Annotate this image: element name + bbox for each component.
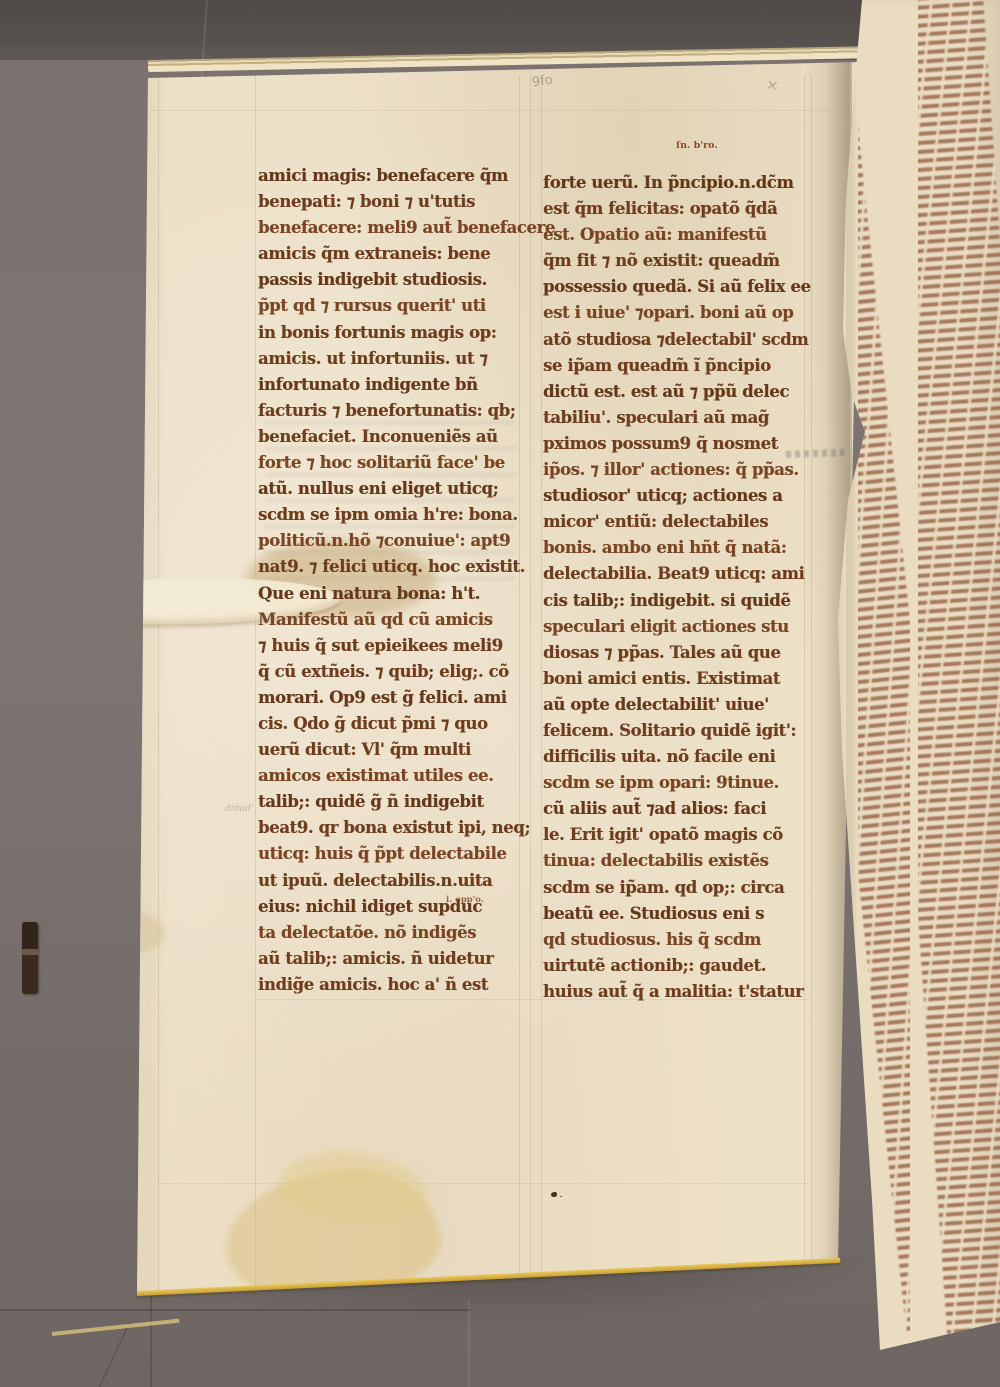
backdrop-crease-bottom-mid [468, 1300, 470, 1387]
manuscript-line: q̃ cũ extñeis. ⁊ quib; elig;. cõ [258, 659, 530, 685]
manuscript-line: est q̃m felicitas: opatõ q̃dã [543, 196, 815, 222]
manuscript-line: cis talib;: indigebit. si quidẽ [543, 588, 815, 614]
manuscript-line: cũ aliis aut̃ ⁊ad alios: faci [543, 796, 815, 822]
manuscript-line: benefacere: meli9 aut̃ benefacere [258, 215, 530, 241]
ruling-line-horizontal [158, 1183, 808, 1184]
manuscript-line: atõ studiosa ⁊delectabil' scdm [543, 327, 815, 353]
manuscript-line: pximos possum9 q̃ nosmet [543, 431, 815, 457]
manuscript-line: dictũ est. est aũ ⁊ pp̃ũ delec [543, 379, 815, 405]
manuscript-line: nat9. ⁊ felici uticq. hoc existit. [258, 554, 530, 580]
manuscript-line: est i uiue' ⁊opari. boni aũ op [543, 300, 815, 326]
manuscript-line: amici magis: benefacere q̃m [258, 163, 530, 189]
manuscript-line: aũ opte delectabilit' uiue' [543, 692, 815, 718]
binding-clasp [22, 922, 38, 994]
ruling-line-vertical [530, 75, 531, 1295]
ruling-line-vertical [158, 75, 159, 1295]
manuscript-line: uticq: huis q̃ p̃pt delectabile [258, 841, 530, 867]
manuscript-line: scdm se ipm opari: 9tinue. [543, 770, 815, 796]
manuscript-line: difficilis uita. nõ facile eni [543, 744, 815, 770]
manuscript-line: Manifestũ aũ qd cũ amicis [258, 607, 530, 633]
manuscript-line: ta delectatõe. nõ indigẽs [258, 920, 530, 946]
backdrop-seam-bottom [0, 1309, 470, 1311]
manuscript-line: felicem. Solitario quidẽ igit': [543, 718, 815, 744]
manuscript-line: le. Erit igit' opatõ magis cõ [543, 822, 815, 848]
ruling-line-vertical [541, 75, 542, 1295]
text-column-left: amici magis: benefacere q̃mbenepati: ⁊ b… [258, 163, 530, 998]
manuscript-line: atũ. nullus eni eliget uticq; [258, 476, 530, 502]
manuscript-line: in bonis fortunis magis op: [258, 320, 530, 346]
manuscript-line: tabiliu'. speculari aũ mag̃ [543, 405, 815, 431]
gloss-above-column: ſn. b'ro. [676, 140, 718, 151]
manuscript-line: beatũ ee. Studiosus eni s [543, 901, 815, 927]
manuscript-line: ⁊ huis q̃ sut epieikees meli9 [258, 633, 530, 659]
manuscript-line: uerũ dicut: Vl' q̃m multi [258, 737, 530, 763]
manuscript-line: talib;: quidẽ g̃ ñ indigebit [258, 789, 530, 815]
manuscript-line: amicis q̃m extraneis: bene [258, 241, 530, 267]
manuscript-line: forte uerũ. In p̃ncipio.n.dc̃m [543, 170, 815, 196]
manuscript-line: beat9. qr bona existut ipi, neq; [258, 815, 530, 841]
manuscript-line: forte ⁊ hoc solitariũ face' be [258, 450, 530, 476]
blurred-text-lines [918, 0, 1000, 1345]
manuscript-line: speculari eligit actiones stu [543, 614, 815, 640]
ruling-line-horizontal [150, 110, 830, 111]
manuscript-line: possessio quedã. Si aũ felix ee [543, 274, 815, 300]
manuscript-line: scdm se ipm omia h're: bona. [258, 502, 530, 528]
manuscript-line: facturis ⁊ benefortunatis: qb; [258, 398, 530, 424]
faint-margin-note: dimid' [225, 804, 253, 814]
manuscript-line: huius aut̃ q̃ a malitia: t'statur [543, 979, 815, 1005]
manuscript-line: benepati: ⁊ boni ⁊ u'tutis [258, 189, 530, 215]
pencil-mark-right: × [765, 75, 781, 95]
manuscript-line: uirtutẽ actionib;: gaudet. [543, 953, 815, 979]
manuscript-line: politicũ.n.hõ ⁊conuiue': apt9 [258, 528, 530, 554]
backdrop-crease-bottom-left [150, 1296, 152, 1387]
manuscript-line: cis. Qdo g̃ dicut p̃mi ⁊ quo [258, 711, 530, 737]
manuscript-line: q̃m fit ⁊ nõ existit: queadm̃ [543, 248, 815, 274]
manuscript-verso-page: amici magis: benefacere q̃mbenepati: ⁊ b… [128, 52, 868, 1307]
interlinear-gloss: i. opp'o. [446, 895, 484, 905]
manuscript-line: morari. Op9 est g̃ felici. ami [258, 685, 530, 711]
ruling-line-vertical [255, 75, 256, 1295]
turned-page-text-column-right [918, 0, 1000, 1345]
manuscript-line: diosas ⁊ pp̃as. Tales aũ que [543, 640, 815, 666]
manuscript-line: tinua: delectabilis existẽs [543, 848, 815, 874]
manuscript-line: bonis. ambo eni hñt q̃ natã: [543, 535, 815, 561]
manuscript-line: benefaciet. Inconueniẽs aũ [258, 424, 530, 450]
manuscript-line: studiosor' uticq; actiones a [543, 483, 815, 509]
ink-speck [551, 1192, 557, 1197]
manuscript-line: infortunato indigente bñ [258, 372, 530, 398]
manuscript-line: boni amici entis. Existimat [543, 666, 815, 692]
manuscript-line: indig̃e amicis. hoc a' ñ est [258, 972, 530, 998]
manuscript-line: aũ talib;: amicis. ñ uidetur [258, 946, 530, 972]
manuscript-line: passis indigebit studiosis. [258, 267, 530, 293]
manuscript-line: qd studiosus. his q̃ scdm [543, 927, 815, 953]
manuscript-line: amicos existimat utiles ee. [258, 763, 530, 789]
pencil-mark-left: 9fo [531, 73, 554, 91]
manuscript-line: micor' entiũ: delectabiles [543, 509, 815, 535]
manuscript-line: delectabilia. Beat9 uticq: ami [543, 561, 815, 587]
manuscript-line: ip̃os. ⁊ illor' actiones: q̃ pp̃as. [543, 457, 815, 483]
manuscript-line: est. Opatio aũ: manifestũ [543, 222, 815, 248]
manuscript-line: ut ipuũ. delectabilis.n.uita [258, 868, 530, 894]
manuscript-line: scdm se ip̃am. qd op;: circa [543, 875, 815, 901]
text-column-right: forte uerũ. In p̃ncipio.n.dc̃mest q̃m fe… [543, 170, 815, 1005]
manuscript-line: amicis. ut infortuniis. ut ⁊ [258, 346, 530, 372]
manuscript-line: Que eni natura bona: h't. [258, 581, 530, 607]
manuscript-line: eius: nichil idiget supduc [258, 894, 530, 920]
manuscript-line: p̃pt qd ⁊ rursus querit' uti [258, 293, 530, 319]
manuscript-line: se ip̃am queadm̃ ĩ p̃ncipio [543, 353, 815, 379]
